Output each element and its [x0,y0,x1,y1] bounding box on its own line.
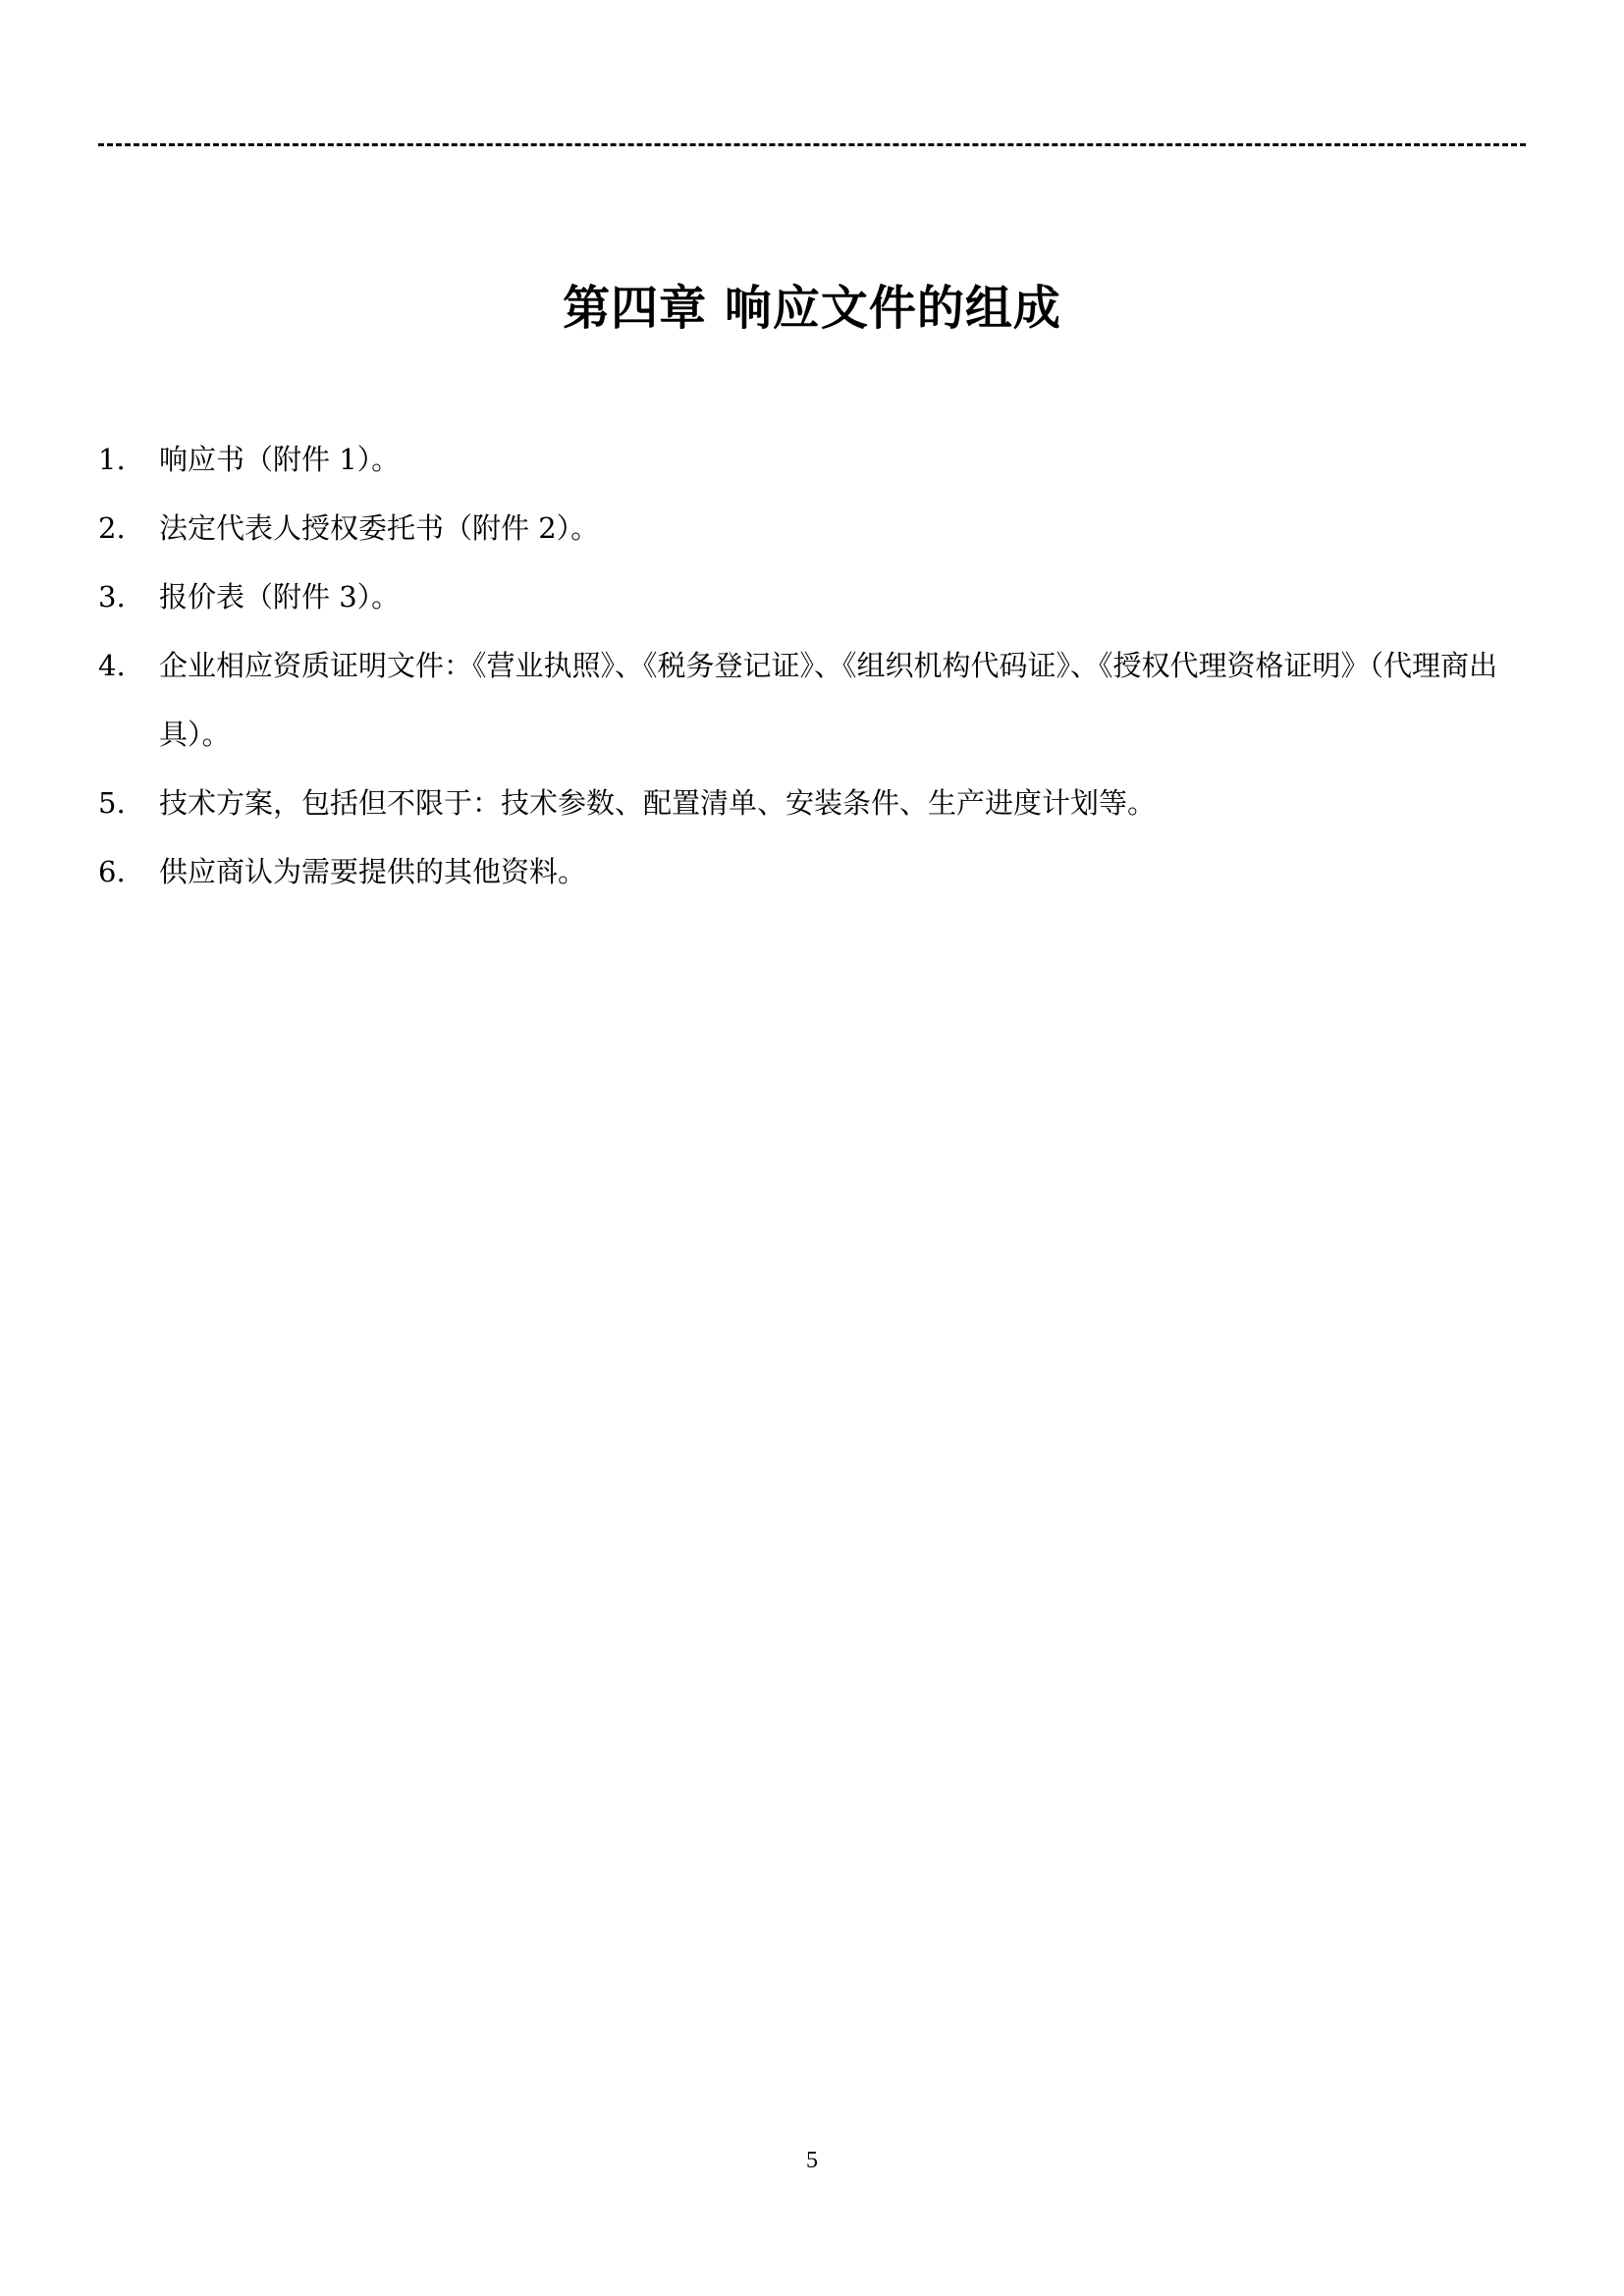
list-item: 2. 法定代表人授权委托书（附件 2）。 [98,494,1532,562]
list-item-text: 企业相应资质证明文件：《营业执照》、《税务登记证》、《组织机构代码证》、《授权代… [159,649,1497,751]
list-item: 1. 响应书（附件 1）。 [98,425,1532,494]
required-documents-list: 1. 响应书（附件 1）。 2. 法定代表人授权委托书（附件 2）。 3. 报价… [98,425,1532,906]
header-dashed-rule [98,143,1526,146]
list-item-text: 响应书（附件 1）。 [159,443,400,476]
page-number: 5 [0,2148,1624,2174]
list-item-number: 6. [98,837,126,906]
list-item-text: 供应商认为需要提供的其他资料。 [159,855,586,888]
list-item-text: 报价表（附件 3）。 [159,580,400,614]
list-item-text: 法定代表人授权委托书（附件 2）。 [159,511,599,545]
list-item-number: 3. [98,562,126,631]
list-item: 3. 报价表（附件 3）。 [98,562,1532,631]
chapter-title: 第四章 响应文件的组成 [0,277,1624,340]
list-item-number: 2. [98,494,126,562]
list-item-text: 技术方案，包括但不限于：技术参数、配置清单、安装条件、生产进度计划等。 [159,786,1156,820]
list-item-number: 4. [98,631,126,700]
list-item: 4. 企业相应资质证明文件：《营业执照》、《税务登记证》、《组织机构代码证》、《… [98,631,1532,769]
list-item-number: 1. [98,425,126,494]
list-item-number: 5. [98,769,126,837]
list-item: 5. 技术方案，包括但不限于：技术参数、配置清单、安装条件、生产进度计划等。 [98,769,1532,837]
list-item: 6. 供应商认为需要提供的其他资料。 [98,837,1532,906]
